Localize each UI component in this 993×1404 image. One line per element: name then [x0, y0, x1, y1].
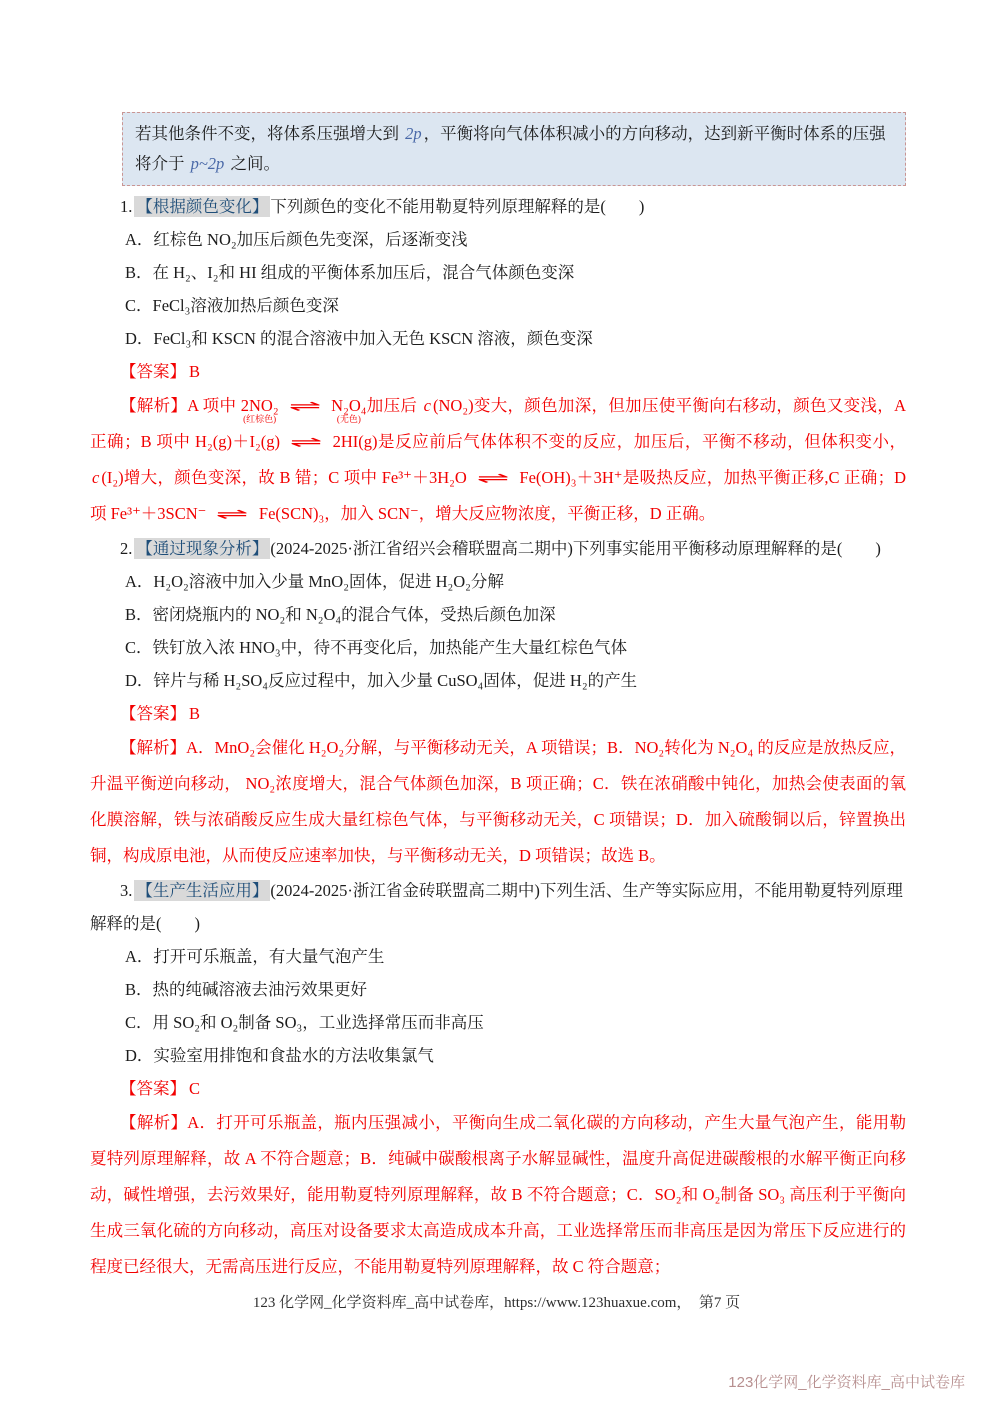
question-number: 1.	[120, 197, 134, 216]
answer-label: 【答案】	[120, 362, 186, 381]
question-tag: 【生产生活应用】	[134, 880, 270, 901]
option-a: A．红棕色 NO₂加压后颜色先变深，后逐渐变浅	[90, 223, 906, 256]
formula: N₂O₄	[331, 396, 366, 415]
watermark-text: 123化学网_化学资料库_高中试卷库	[728, 1374, 965, 1391]
answer-line: 【答案】B	[90, 355, 906, 388]
footer-text: 123 化学网_化学资料库_高中试卷库，https://www.123huaxu…	[253, 1295, 740, 1311]
summary-note-box: 若其他条件不变，将体系压强增大到 2p，平衡将向气体体积减小的方向移动，达到新平…	[122, 112, 906, 186]
option-label: A．	[125, 947, 153, 966]
option-label: D．	[125, 329, 153, 348]
option-label: A．	[125, 572, 153, 591]
option-text: 在 H₂、I₂和 HI 组成的平衡体系加压后，混合气体颜色变深	[153, 263, 575, 282]
option-label: B．	[125, 263, 153, 282]
math-variable: c	[422, 396, 433, 415]
answer-value: B	[186, 704, 200, 723]
text-run: Fe(SCN)₃，加入 SCN⁻，增大反应物浓度，平衡正移，D 正确。	[259, 504, 715, 523]
option-d: D．FeCl₃和 KSCN 的混合溶液中加入无色 KSCN 溶液，颜色变深	[90, 322, 906, 355]
option-text: 实验室用排饱和食盐水的方法收集氯气	[153, 1046, 434, 1065]
formula: 2NO₂	[241, 396, 279, 415]
option-b: B．密闭烧瓶内的 NO₂和 N₂O₄的混合气体，受热后颜色加深	[90, 598, 906, 631]
option-text: 热的纯碱溶液去油污效果更好	[153, 980, 368, 999]
option-text: FeCl₃和 KSCN 的混合溶液中加入无色 KSCN 溶液，颜色变深	[153, 329, 592, 348]
answer-line: 【答案】C	[90, 1072, 906, 1105]
math-variable: c	[90, 468, 101, 487]
page-footer: 123 化学网_化学资料库_高中试卷库，https://www.123huaxu…	[0, 1291, 993, 1312]
option-b: B．在 H₂、I₂和 HI 组成的平衡体系加压后，混合气体颜色变深	[90, 256, 906, 289]
question-stem: 3.【生产生活应用】(2024-2025·浙江省金砖联盟高二期中)下列生活、生产…	[90, 874, 906, 940]
analysis-paragraph: 【解析】A．MnO₂会催化 H₂O₂分解，与平衡移动无关，A 项错误；B．NO₂…	[90, 730, 906, 874]
equilibrium-arrow-icon: ⇌	[477, 460, 510, 496]
question-tag: 【通过现象分析】	[134, 538, 270, 559]
option-label: C．	[125, 1013, 153, 1032]
text-run: 若其他条件不变，将体系压强增大到	[135, 124, 403, 143]
question-block-3: 3.【生产生活应用】(2024-2025·浙江省金砖联盟高二期中)下列生活、生产…	[90, 874, 906, 1285]
document-content: 若其他条件不变，将体系压强增大到 2p，平衡将向气体体积减小的方向移动，达到新平…	[90, 112, 906, 1285]
option-label: C．	[125, 296, 153, 315]
equilibrium-arrow-icon: ⇌	[289, 388, 322, 424]
text-run: 【解析】A．MnO₂会催化 H₂O₂分解，与平衡移动无关，A 项错误；B．NO₂…	[90, 738, 906, 865]
text-run: 之间。	[226, 154, 280, 173]
option-text: 铁钉放入浓 HNO₃中，待不再变化后，加热能产生大量红棕色气体	[153, 638, 628, 657]
option-label: D．	[125, 1046, 153, 1065]
option-label: B．	[125, 980, 153, 999]
question-stem: 2.【通过现象分析】(2024-2025·浙江省绍兴会稽联盟高二期中)下列事实能…	[90, 532, 906, 565]
answer-label: 【答案】	[120, 1079, 186, 1098]
formula-note: (无色)	[337, 415, 361, 424]
option-d: D．实验室用排饱和食盐水的方法收集氯气	[90, 1039, 906, 1072]
option-b: B．热的纯碱溶液去油污效果更好	[90, 973, 906, 1006]
formula-with-note: 2NO₂(红棕色)	[241, 388, 279, 424]
option-c: C．铁钉放入浓 HNO₃中，待不再变化后，加热能产生大量红棕色气体	[90, 631, 906, 664]
question-tag: 【根据颜色变化】	[134, 196, 270, 217]
math-variable: p~2p	[189, 154, 227, 173]
equilibrium-arrow-icon: ⇌	[216, 496, 249, 532]
question-block-2: 2.【通过现象分析】(2024-2025·浙江省绍兴会稽联盟高二期中)下列事实能…	[90, 532, 906, 874]
text-run: 2HI(g)是反应前后气体体积不变的反应，加压后，平衡不移动，但体积变小，	[333, 432, 906, 451]
question-block-1: 1.【根据颜色变化】下列颜色的变化不能用勒夏特列原理解释的是( ) A．红棕色 …	[90, 190, 906, 532]
option-text: 打开可乐瓶盖，有大量气泡产生	[153, 947, 384, 966]
answer-value: C	[186, 1079, 200, 1098]
question-stem: 1.【根据颜色变化】下列颜色的变化不能用勒夏特列原理解释的是( )	[90, 190, 906, 223]
option-label: B．	[125, 605, 153, 624]
question-number: 3.	[120, 881, 134, 900]
site-watermark: 123化学网_化学资料库_高中试卷库	[728, 1371, 965, 1392]
answer-label: 【答案】	[120, 704, 186, 723]
analysis-paragraph: 【解析】A．打开可乐瓶盖，瓶内压强减小，平衡向生成二氧化碳的方向移动，产生大量气…	[90, 1105, 906, 1285]
answer-line: 【答案】B	[90, 697, 906, 730]
text-run: 加压后	[367, 396, 422, 415]
option-d: D．锌片与稀 H₂SO₄反应过程中，加入少量 CuSO₄固体，促进 H₂的产生	[90, 664, 906, 697]
option-text: 密闭烧瓶内的 NO₂和 N₂O₄的混合气体，受热后颜色加深	[153, 605, 556, 624]
option-text: FeCl₃溶液加热后颜色变深	[153, 296, 339, 315]
question-number: 2.	[120, 539, 134, 558]
option-text: 红棕色 NO₂加压后颜色先变深，后逐渐变浅	[153, 230, 467, 249]
document-page: 若其他条件不变，将体系压强增大到 2p，平衡将向气体体积减小的方向移动，达到新平…	[0, 0, 993, 1404]
option-a: A．H₂O₂溶液中加入少量 MnO₂固体，促进 H₂O₂分解	[90, 565, 906, 598]
question-text: (2024-2025·浙江省绍兴会稽联盟高二期中)下列事实能用平衡移动原理解释的…	[270, 539, 880, 558]
formula-with-note: N₂O₄(无色)	[331, 388, 366, 424]
option-label: C．	[125, 638, 153, 657]
option-label: A．	[125, 230, 153, 249]
option-a: A．打开可乐瓶盖，有大量气泡产生	[90, 940, 906, 973]
answer-value: B	[186, 362, 200, 381]
text-run: 【解析】A．打开可乐瓶盖，瓶内压强减小，平衡向生成二氧化碳的方向移动，产生大量气…	[90, 1113, 906, 1276]
question-text: 下列颜色的变化不能用勒夏特列原理解释的是( )	[270, 197, 644, 216]
option-c: C．FeCl₃溶液加热后颜色变深	[90, 289, 906, 322]
math-variable: 2p	[403, 124, 424, 143]
option-label: D．	[125, 671, 153, 690]
text-run: (I₂)增大，颜色变深，故 B 错；C 项中 Fe³⁺＋3H₂O	[101, 468, 467, 487]
formula-note: (红棕色)	[243, 415, 276, 424]
equilibrium-arrow-icon: ⇌	[290, 424, 323, 460]
text-run: 【解析】A 项中	[120, 396, 241, 415]
option-text: H₂O₂溶液中加入少量 MnO₂固体，促进 H₂O₂分解	[153, 572, 504, 591]
option-text: 锌片与稀 H₂SO₄反应过程中，加入少量 CuSO₄固体，促进 H₂的产生	[153, 671, 637, 690]
option-text: 用 SO₂和 O₂制备 SO₃，工业选择常压而非高压	[153, 1013, 484, 1032]
option-c: C．用 SO₂和 O₂制备 SO₃，工业选择常压而非高压	[90, 1006, 906, 1039]
analysis-paragraph: 【解析】A 项中 2NO₂(红棕色)⇌N₂O₄(无色)加压后 c(NO₂)变大，…	[90, 388, 906, 532]
